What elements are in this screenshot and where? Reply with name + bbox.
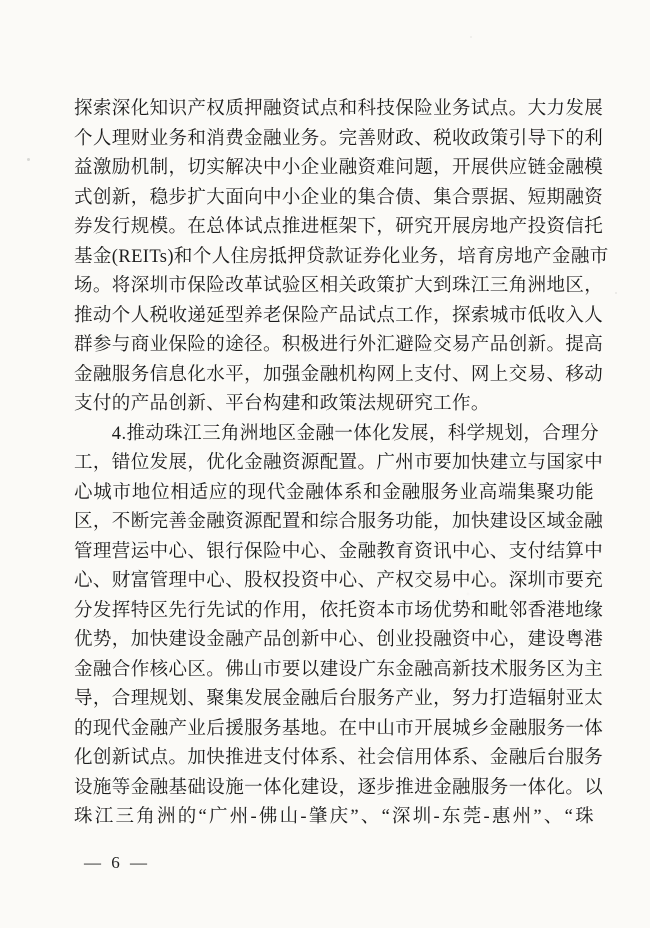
document-page: 探索深化知识产权质押融资试点和科技保险业务试点。大力发展个人理财业务和消费金融业… [0,0,650,928]
text-line: 群参与商业保险的途径。积极进行外汇避险交易产品创新。提高 [74,331,594,361]
text-line: 心、财富管理中心、股权投资中心、产权交易中心。深圳市要充 [74,567,594,597]
page-number: — 6 — [84,851,150,875]
text-line: 支付的产品创新、平台构建和政策法规研究工作。 [74,390,594,420]
text-line: 分发挥特区先行先试的作用，依托资本市场优势和毗邻香港地缘 [74,597,594,627]
text-line: 式创新，稳步扩大面向中小企业的集合债、集合票据、短期融资 [74,184,594,214]
text-line: 区，不断完善金融资源配置和综合服务功能，加快建设区域金融 [74,508,594,538]
text-line: 导，合理规划、聚集发展金融后台服务产业，努力打造辐射亚太 [74,685,594,715]
text-line: 金融合作核心区。佛山市要以建设广东金融高新技术服务区为主 [74,656,594,686]
text-line: 探索深化知识产权质押融资试点和科技保险业务试点。大力发展 [74,95,594,125]
text-line: 个人理财业务和消费金融业务。完善财政、税收政策引导下的利 [74,125,594,155]
scan-speck [470,36,472,38]
text-line: 券发行规模。在总体试点推进框架下，研究开展房地产投资信托 [74,213,594,243]
text-line: 的现代金融产业后援服务基地。在中山市开展城乡金融服务一体 [74,715,594,745]
text-line: 设施等金融基础设施一体化建设，逐步推进金融服务一体化。以 [74,774,594,804]
paragraph: 探索深化知识产权质押融资试点和科技保险业务试点。大力发展个人理财业务和消费金融业… [74,95,594,420]
text-line: 心城市地位相适应的现代金融体系和金融服务业高端集聚功能 [74,479,594,509]
scan-speck [615,292,617,294]
text-line: 基金(REITs)和个人住房抵押贷款证券化业务，培育房地产金融市 [74,243,594,273]
text-line: 工，错位发展，优化金融资源配置。广州市要加快建立与国家中 [74,449,594,479]
document-body-text: 探索深化知识产权质押融资试点和科技保险业务试点。大力发展个人理财业务和消费金融业… [74,95,594,833]
text-line: 管理营运中心、银行保险中心、金融教育资讯中心、支付结算中 [74,538,594,568]
text-line: 珠江三角洲的“广州-佛山-肇庆”、“深圳-东莞-惠州”、“珠 [74,803,594,833]
text-line: 益激励机制，切实解决中小企业融资难问题，开展供应链金融模 [74,154,594,184]
text-line: 金融服务信息化水平，加强金融机构网上支付、网上交易、移动 [74,361,594,391]
text-line: 场。将深圳市保险改革试验区相关政策扩大到珠江三角洲地区， [74,272,594,302]
text-line: 化创新试点。加快推进支付体系、社会信用体系、金融后台服务 [74,744,594,774]
text-line: 4.推动珠江三角洲地区金融一体化发展，科学规划，合理分 [74,420,594,450]
text-line: 推动个人税收递延型养老保险产品试点工作，探索城市低收入人 [74,302,594,332]
scan-speck [27,158,30,161]
paragraph: 4.推动珠江三角洲地区金融一体化发展，科学规划，合理分工，错位发展，优化金融资源… [74,420,594,833]
text-line: 优势，加快建设金融产品创新中心、创业投融资中心，建设粤港 [74,626,594,656]
